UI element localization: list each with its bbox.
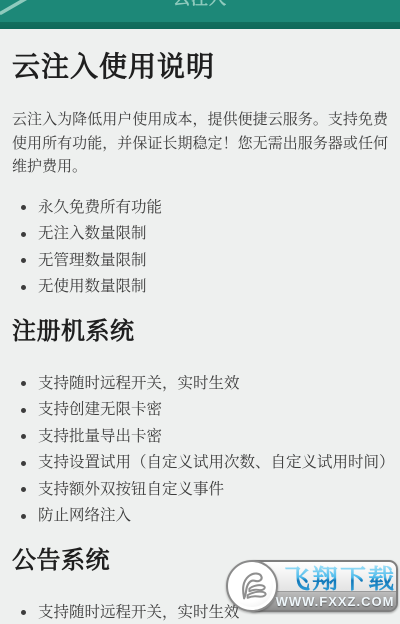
page-title: 云注入使用说明	[12, 50, 388, 84]
list-item: 防止网络注入	[12, 503, 388, 530]
feature-list-keygen: 支持随时远程开关，实时生效 支持创建无限卡密 支持批量导出卡密 支持设置试用（自…	[12, 371, 388, 530]
list-item: 无注入数量限制	[12, 221, 388, 248]
list-item: 支持随时远程开关，实时生效	[12, 371, 388, 398]
list-item: 无管理数量限制	[12, 248, 388, 275]
app-bar: 云注入	[0, 0, 400, 22]
app-bar-shadow	[0, 22, 400, 29]
list-item: 无使用数量限制	[12, 274, 388, 301]
list-item: 支持创建无限卡密	[12, 397, 388, 424]
feature-list-general: 永久免费所有功能 无注入数量限制 无管理数量限制 无使用数量限制	[12, 195, 388, 301]
list-item: 支持批量导出卡密	[12, 424, 388, 451]
list-item: 支持额外双按钮自定义事件	[12, 477, 388, 504]
intro-paragraph: 云注入为降低用户使用成本，提供便捷云服务。支持免费使用所有功能，并保证长期稳定！…	[12, 108, 388, 179]
list-item: 永久免费所有功能	[12, 195, 388, 222]
screen: 云注入 云注入使用说明 云注入为降低用户使用成本，提供便捷云服务。支持免费使用所…	[0, 0, 400, 624]
section-title-keygen: 注册机系统	[12, 317, 388, 347]
list-item: 支持设置试用（自定义试用次数、自定义试用时间）	[12, 450, 388, 477]
watermark-title: 飞翔下载	[284, 564, 396, 594]
watermark-url: WWW.FXXZ.COM	[276, 594, 395, 609]
content-scroll-area[interactable]: 云注入使用说明 云注入为降低用户使用成本，提供便捷云服务。支持免费使用所有功能，…	[0, 29, 400, 624]
watermark-logo-icon	[226, 560, 278, 612]
watermark: 飞翔下载 WWW.FXXZ.COM	[226, 558, 400, 614]
app-bar-title: 云注入	[0, 0, 400, 7]
